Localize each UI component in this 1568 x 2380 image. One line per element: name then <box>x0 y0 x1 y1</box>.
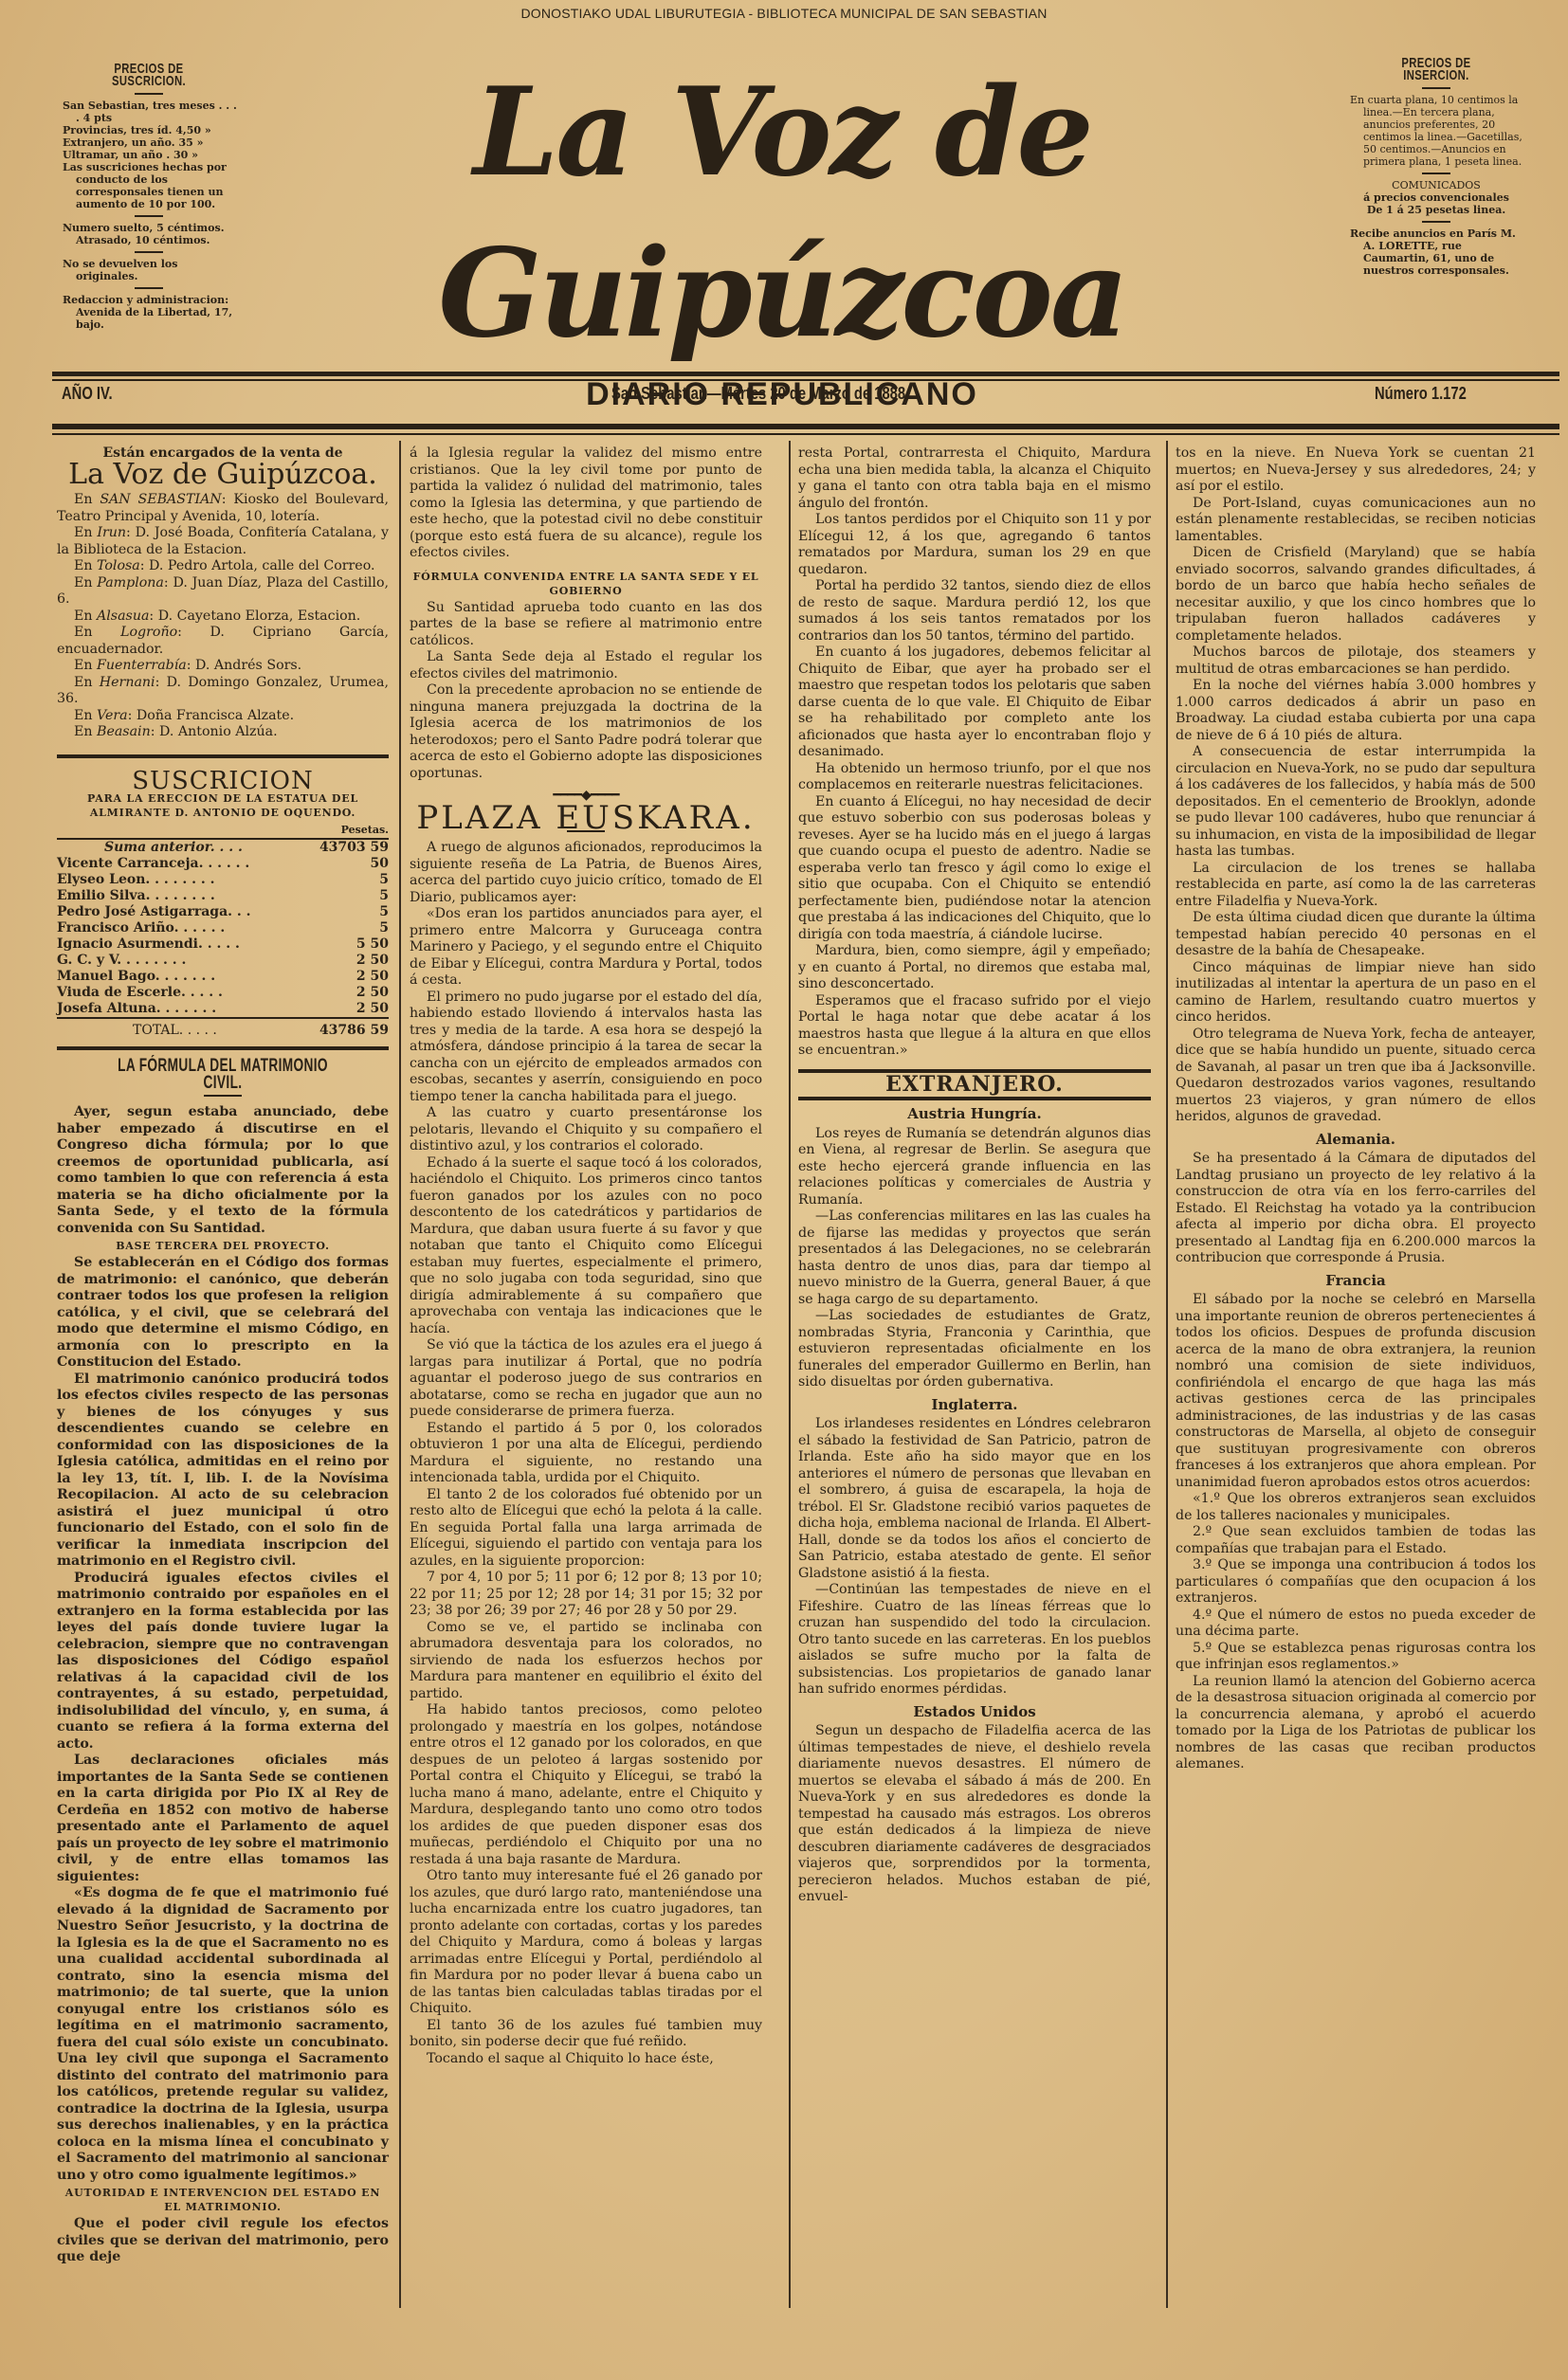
suscricion-title: SUSCRICION <box>57 773 389 790</box>
column-4: tos en la nieve. En Nueva York se cuenta… <box>1176 445 1536 1773</box>
article-paragraph: Tocando el saque al Chiquito lo hace ést… <box>410 2051 762 2068</box>
article-paragraph: La circulacion de los trenes se hallaba … <box>1176 861 1536 911</box>
table-row: Manuel Bago. . . . . . .2 50 <box>57 969 389 985</box>
insertion-rates: En cuarta plana, 10 centimos la linea.—E… <box>1346 94 1526 168</box>
divider <box>135 93 163 95</box>
comunicados-title: COMUNICADOS <box>1346 179 1526 191</box>
section-subtitle: BASE TERCERA DEL PROYECTO. <box>57 1239 389 1253</box>
rule <box>52 433 1559 435</box>
seller-item: En Vera: Doña Francisca Alzate. <box>57 708 389 725</box>
article-paragraph: Segun un despacho de Filadelfia acerca d… <box>798 1723 1151 1906</box>
table-row: Ignacio Asurmendi. . . . .5 50 <box>57 936 389 953</box>
issue-number: Número 1.172 <box>1375 384 1467 404</box>
article-paragraph: resta Portal, contrarresta el Chiquito, … <box>798 445 1151 512</box>
newspaper-title: La Voz de Guipúzcoa <box>246 52 1318 374</box>
article-paragraph: Los reyes de Rumanía se detendrán alguno… <box>798 1126 1151 1209</box>
insertion-prices-box: PRECIOS DE INSERCION. En cuarta plana, 1… <box>1346 57 1526 277</box>
alemania-heading: Alemania. <box>1176 1132 1536 1149</box>
article-paragraph: Se ha presentado á la Cámara de diputado… <box>1176 1151 1536 1267</box>
column-3: resta Portal, contrarresta el Chiquito, … <box>798 445 1151 1906</box>
table-row: Elyseo Leon. . . . . . . .5 <box>57 872 389 888</box>
section-subtitle: AUTORIDAD E INTERVENCION DEL ESTADO EN E… <box>57 2186 389 2214</box>
table-row: G. C. y V. . . . . . . .2 50 <box>57 953 389 969</box>
article-paragraph: El matrimonio canónico producirá todos l… <box>57 1372 389 1571</box>
section-rule <box>57 754 389 758</box>
divider <box>135 251 163 253</box>
score-sequence: 7 por 4, 10 por 5; 11 por 6; 12 por 8; 1… <box>410 1570 762 1620</box>
divider <box>1422 173 1450 174</box>
article-paragraph: Su Santidad aprueba todo cuanto en las d… <box>410 600 762 650</box>
price-line: Ultramar, un año . 30 » <box>59 149 239 161</box>
article-paragraph: Muchos barcos de pilotaje, dos steamers … <box>1176 645 1536 678</box>
subscription-prices-title: PRECIOS DE SUSCRICION. <box>82 63 217 87</box>
article-paragraph: á la Iglesia regular la validez del mism… <box>410 445 762 562</box>
seller-item: En Beasain: D. Antonio Alzúa. <box>57 724 389 741</box>
dateline: AÑO IV. San Sebastian—Mártes 20 de Marzo… <box>52 384 1559 412</box>
article-paragraph: Como se ve, el partido se inclinaba con … <box>410 1620 762 1703</box>
estados-unidos-heading: Estados Unidos <box>798 1704 1151 1721</box>
seller-item: En Alsasua: D. Cayetano Elorza, Estacion… <box>57 609 389 626</box>
newspaper-page: DONOSTIAKO UDAL LIBURUTEGIA - BIBLIOTECA… <box>0 0 1568 2380</box>
date-label: San Sebastian—Mártes 20 de Marzo de 1888… <box>611 384 909 404</box>
seller-item: En SAN SEBASTIAN: Kiosko del Boulevard, … <box>57 492 389 525</box>
table-row: Suma anterior. . . .43703 59 <box>57 839 389 856</box>
article-paragraph: En la noche del viérnes había 3.000 homb… <box>1176 678 1536 744</box>
seller-item: En Hernani: D. Domingo Gonzalez, Urumea,… <box>57 675 389 708</box>
article-paragraph: Esperamos que el fracaso sufrido por el … <box>798 993 1151 1060</box>
article-paragraph: Las declaraciones oficiales más importan… <box>57 1753 389 1885</box>
rule <box>52 372 1559 376</box>
article-paragraph: Otro tanto muy interesante fué el 26 gan… <box>410 1868 762 2018</box>
section-rule <box>57 1046 389 1050</box>
article-paragraph: Portal ha perdido 32 tantos, siendo diez… <box>798 578 1151 645</box>
suscricion-subtitle: PARA LA ERECCION DE LA ESTATUA DEL ALMIR… <box>57 791 389 820</box>
column-divider <box>789 441 791 2308</box>
article-paragraph: —Las sociedades de estudiantes de Gratz,… <box>798 1308 1151 1391</box>
article-title: LA FÓRMULA DEL MATRIMONIO CIVIL. <box>103 1058 342 1091</box>
total-row: TOTAL. . . . .43786 59 <box>57 1018 389 1039</box>
rule <box>52 379 1559 381</box>
column-2: á la Iglesia regular la validez del mism… <box>410 445 762 2067</box>
table-row: Viuda de Escerle. . . . .2 50 <box>57 985 389 1001</box>
article-paragraph: Ayer, segun estaba anunciado, debe haber… <box>57 1104 389 1237</box>
article-paragraph: Con la precedente aprobacion no se entie… <box>410 682 762 782</box>
article-paragraph: —Continúan las tempestades de nieve en e… <box>798 1582 1151 1699</box>
article-paragraph: Mardura, bien, como siempre, ágil y empe… <box>798 943 1151 993</box>
agreement-item: 5.º Que se establezca penas rigurosas co… <box>1176 1641 1536 1674</box>
article-paragraph: Estando el partido á 5 por 0, los colora… <box>410 1421 762 1487</box>
year-label: AÑO IV. <box>62 384 113 404</box>
divider <box>135 215 163 217</box>
agreement-item: «1.º Que los obreros extranjeros sean ex… <box>1176 1491 1536 1524</box>
donor-table: Pesetas. Suma anterior. . . .43703 59 Vi… <box>57 822 389 1039</box>
section-subtitle: FÓRMULA CONVENIDA ENTRE LA SANTA SEDE Y … <box>410 570 762 598</box>
article-paragraph: A las cuatro y cuarto presentáronse los … <box>410 1105 762 1155</box>
seller-item: En Logroño: D. Cipriano García, encuader… <box>57 625 389 658</box>
table-row: Emilio Silva. . . . . . . .5 <box>57 888 389 904</box>
article-paragraph: Otro telegrama de Nueva York, fecha de a… <box>1176 1026 1536 1126</box>
article-paragraph: Ha habido tantos preciosos, como peloteo… <box>410 1702 762 1868</box>
masthead: La Voz de Guipúzcoa DIARIO REPUBLICANO <box>246 52 1318 280</box>
insertion-prices-title: PRECIOS DE INSERCION. <box>1369 57 1504 82</box>
agreement-item: 3.º Que se imponga una contribucion á to… <box>1176 1557 1536 1608</box>
column-divider <box>1166 441 1168 2308</box>
article-paragraph: Que el poder civil regule los efectos ci… <box>57 2216 389 2266</box>
sellers-title: La Voz de Guipúzcoa. <box>57 466 389 483</box>
divider <box>204 1095 242 1097</box>
article-paragraph: —Las conferencias militares en las las c… <box>798 1208 1151 1308</box>
article-paragraph: «Dos eran los partidos anunciados para a… <box>410 906 762 990</box>
article-paragraph: El tanto 2 de los colorados fué obtenido… <box>410 1487 762 1571</box>
table-row: Pedro José Astigarraga. . .5 <box>57 904 389 920</box>
column-divider <box>399 441 401 2308</box>
plaza-euskara-title: PLAZA EUSKARA. <box>410 810 762 827</box>
column-1: Están encargados de la venta de La Voz d… <box>57 445 389 2266</box>
subscription-prices-box: PRECIOS DE SUSCRICION. San Sebastian, tr… <box>59 63 239 331</box>
article-paragraph: A ruego de algunos aficionados, reproduc… <box>410 840 762 906</box>
austria-hungria-heading: Austria Hungría. <box>798 1106 1151 1123</box>
article-paragraph: El sábado por la noche se celebró en Mar… <box>1176 1292 1536 1491</box>
article-paragraph: Cinco máquinas de limpiar nieve han sido… <box>1176 960 1536 1026</box>
comunicados-line: á precios convencionales <box>1346 191 1526 204</box>
inglaterra-heading: Inglaterra. <box>798 1397 1151 1414</box>
francia-heading: Francia <box>1176 1273 1536 1290</box>
article-paragraph: Echado á la suerte el saque tocó á los c… <box>410 1155 762 1338</box>
article-paragraph: A consecuencia de estar interrumpida la … <box>1176 744 1536 861</box>
table-row: Francisco Ariño. . . . . .5 <box>57 920 389 936</box>
article-paragraph: Los tantos perdidos por el Chiquito son … <box>798 512 1151 578</box>
article-paragraph: El tanto 36 de los azules fué tambien mu… <box>410 2018 762 2051</box>
article-paragraph: Se vió que la táctica de los azules era … <box>410 1337 762 1421</box>
originals-notice: No se devuelven los originales. <box>59 258 239 282</box>
pesetas-header: Pesetas. <box>301 822 389 839</box>
single-issue-price: Numero suelto, 5 céntimos. Atrasado, 10 … <box>59 222 239 246</box>
comunicados-line: De 1 á 25 pesetas linea. <box>1346 204 1526 216</box>
article-paragraph: «Es dogma de fe que el matrimonio fué el… <box>57 1885 389 2184</box>
article-paragraph: tos en la nieve. En Nueva York se cuenta… <box>1176 445 1536 496</box>
paris-agent: Recibe anuncios en París M. A. LORETTE, … <box>1346 227 1526 277</box>
article-paragraph: Se establecerán en el Código dos formas … <box>57 1255 389 1372</box>
article-paragraph: De esta última ciudad dicen que durante … <box>1176 910 1536 960</box>
extranjero-title: EXTRANJERO. <box>798 1069 1151 1101</box>
seller-item: En Tolosa: D. Pedro Artola, calle del Co… <box>57 558 389 575</box>
sellers-list: En SAN SEBASTIAN: Kiosko del Boulevard, … <box>57 492 389 741</box>
price-note: Las suscriciones hechas por conducto de … <box>59 161 239 210</box>
seller-item: En Irun: D. José Boada, Confitería Catal… <box>57 525 389 558</box>
article-paragraph: Los irlandeses residentes en Lóndres cel… <box>798 1416 1151 1582</box>
article-paragraph: En cuanto á los jugadores, debemos felic… <box>798 645 1151 761</box>
divider <box>135 287 163 289</box>
library-header: DONOSTIAKO UDAL LIBURUTEGIA - BIBLIOTECA… <box>0 6 1568 21</box>
article-paragraph: Producirá iguales efectos civiles el mat… <box>57 1571 389 1753</box>
rule <box>52 424 1559 429</box>
article-paragraph: El primero no pudo jugarse por el estado… <box>410 990 762 1106</box>
divider <box>1422 221 1450 223</box>
article-paragraph: En cuanto á Elícegui, no hay necesidad d… <box>798 794 1151 944</box>
price-line: San Sebastian, tres meses . . . . 4 pts <box>59 100 239 124</box>
article-paragraph: La Santa Sede deja al Estado el regular … <box>410 649 762 682</box>
seller-item: En Fuenterrabía: D. Andrés Sors. <box>57 658 389 675</box>
table-row: Josefa Altuna. . . . . . .2 50 <box>57 1001 389 1018</box>
table-row: Vicente Carranceja. . . . . .50 <box>57 856 389 872</box>
price-line: Extranjero, un año. 35 » <box>59 136 239 149</box>
seller-item: En Pamplona: D. Juan Díaz, Plaza del Cas… <box>57 575 389 609</box>
divider <box>1422 87 1450 89</box>
article-paragraph: De Port-Island, cuyas comunicaciones aun… <box>1176 496 1536 546</box>
article-paragraph: Dicen de Crisfield (Maryland) que se hab… <box>1176 545 1536 645</box>
article-paragraph: La reunion llamó la atencion del Gobiern… <box>1176 1674 1536 1773</box>
agreement-item: 2.º Que sean excluidos tambien de todas … <box>1176 1524 1536 1557</box>
price-line: Provincias, tres íd. 4,50 » <box>59 124 239 136</box>
article-paragraph: Ha obtenido un hermoso triunfo, por el q… <box>798 761 1151 794</box>
editorial-address: Redaccion y administracion: Avenida de l… <box>59 294 239 331</box>
agreement-item: 4.º Que el número de estos no pueda exce… <box>1176 1608 1536 1641</box>
